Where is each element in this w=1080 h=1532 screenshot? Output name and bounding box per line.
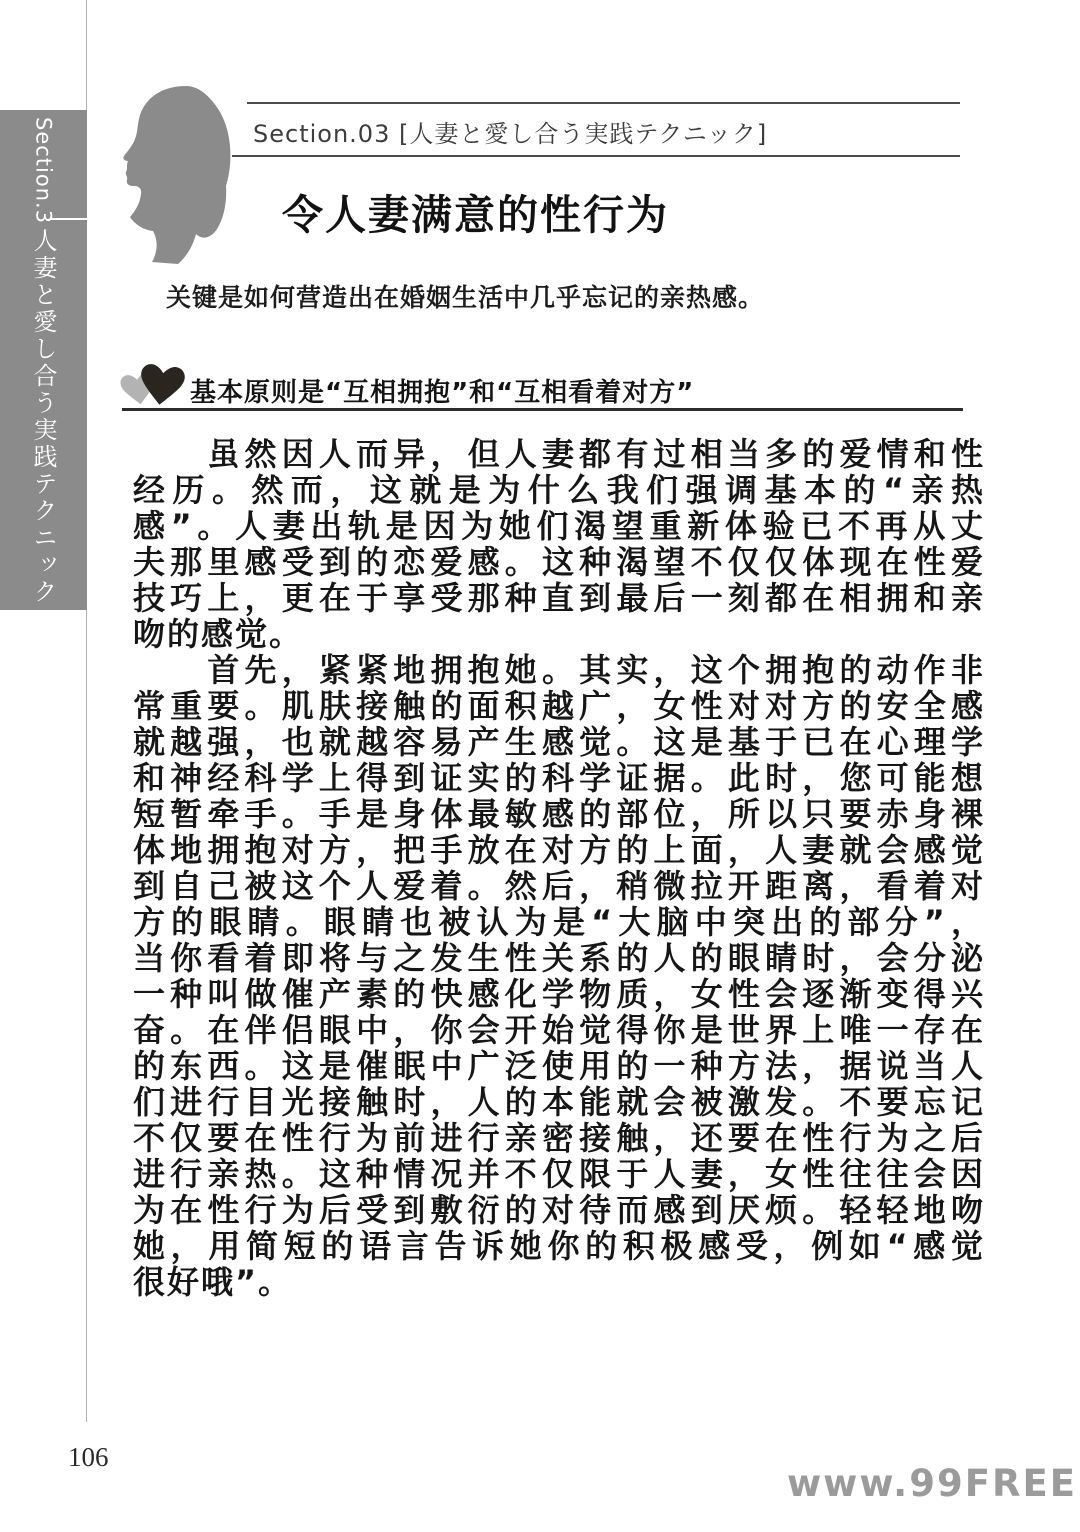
section-heading-underline: [122, 408, 963, 411]
header-rule-top: [247, 102, 960, 104]
sidebar-section-label: Section.3: [32, 117, 56, 224]
paragraph-2: 首先，紧紧地拥抱她。其实，这个拥抱的动作非常重要。肌肤接触的面积越广，女性对对方…: [133, 652, 985, 1300]
body-text-line: 体地拥抱对方，把手放在对方的上面，人妻就会感觉: [133, 832, 985, 868]
paragraph-1: 虽然因人而异，但人妻都有过相当多的爱情和性经历。然而，这就是为什么我们强调基本的…: [133, 436, 985, 652]
page-number: 106: [68, 1442, 109, 1473]
page-title: 令人妻满意的性行为: [282, 182, 669, 241]
body-text-line: 经历。然而，这就是为什么我们强调基本的“亲热: [133, 472, 985, 508]
body-text-line: 吻的感觉。: [133, 616, 985, 652]
body-text: 虽然因人而异，但人妻都有过相当多的爱情和性经历。然而，这就是为什么我们强调基本的…: [133, 436, 985, 1300]
section-heading-label: 基本原则是“互相拥抱”和“互相看着对方”: [190, 372, 694, 409]
header-section-label: Section.03 [人妻と愛し合う実践テクニック]: [253, 114, 767, 149]
body-text-line: 不仅要在性行为前进行亲密接触，还要在性行为之后: [133, 1120, 985, 1156]
body-text-line: 技巧上，更在于享受那种直到最后一刻都在相拥和亲: [133, 580, 985, 616]
sidebar-divider: [50, 218, 87, 220]
body-text-line: 进行亲热。这种情况并不仅限于人妻，女性往往会因: [133, 1156, 985, 1192]
body-text-line: 感”。人妻出轨是因为她们渴望重新体验已不再从丈: [133, 508, 985, 544]
body-text-line: 到自己被这个人爱着。然后，稍微拉开距离，看着对: [133, 868, 985, 904]
page-subtitle: 关键是如何营造出在婚姻生活中几乎忘记的亲热感。: [166, 278, 764, 314]
body-text-line: 一种叫做催产素的快感化学物质，女性会逐渐变得兴: [133, 976, 985, 1012]
body-text-line: 奋。在伴侣眼中，你会开始觉得你是世界上唯一存在: [133, 1012, 985, 1048]
body-text-line: 和神经科学上得到证实的科学证据。此时，您可能想: [133, 760, 985, 796]
body-text-line: 的东西。这是催眠中广泛使用的一种方法，据说当人: [133, 1048, 985, 1084]
body-text-line: 们进行目光接触时，人的本能就会被激发。不要忘记: [133, 1084, 985, 1120]
body-text-line: 常重要。肌肤接触的面积越广，女性对对方的安全感: [133, 688, 985, 724]
sidebar: Section.3 人妻と愛し合う実践テクニック: [0, 110, 87, 610]
watermark: www.99FREE.cc: [787, 1462, 1080, 1505]
header-rule-bottom: [232, 155, 960, 157]
sidebar-title-vertical: 人妻と愛し合う実践テクニック: [26, 228, 61, 606]
body-text-line: 为在性行为后受到敷衍的对待而感到厌烦。轻轻地吻: [133, 1192, 985, 1228]
book-page: Section.3 人妻と愛し合う実践テクニック Section.03 [人妻と…: [0, 0, 1080, 1532]
body-text-line: 她，用简短的语言告诉她你的积极感受，例如“感觉: [133, 1228, 985, 1264]
body-text-line: 就越强，也就越容易产生感觉。这是基于已在心理学: [133, 724, 985, 760]
body-text-line: 方的眼睛。眼睛也被认为是“大脑中突出的部分”，: [133, 904, 985, 940]
body-text-line: 虽然因人而异，但人妻都有过相当多的爱情和性: [133, 436, 985, 472]
body-text-line: 很好哦”。: [133, 1264, 985, 1300]
body-text-line: 首先，紧紧地拥抱她。其实，这个拥抱的动作非: [133, 652, 985, 688]
body-text-line: 当你看着即将与之发生性关系的人的眼睛时，会分泌: [133, 940, 985, 976]
woman-silhouette-icon: [108, 84, 243, 264]
two-hearts-icon: [120, 356, 190, 428]
body-text-line: 夫那里感受到的恋爱感。这种渴望不仅仅体现在性爱: [133, 544, 985, 580]
body-text-line: 短暂牵手。手是身体最敏感的部位，所以只要赤身裸: [133, 796, 985, 832]
